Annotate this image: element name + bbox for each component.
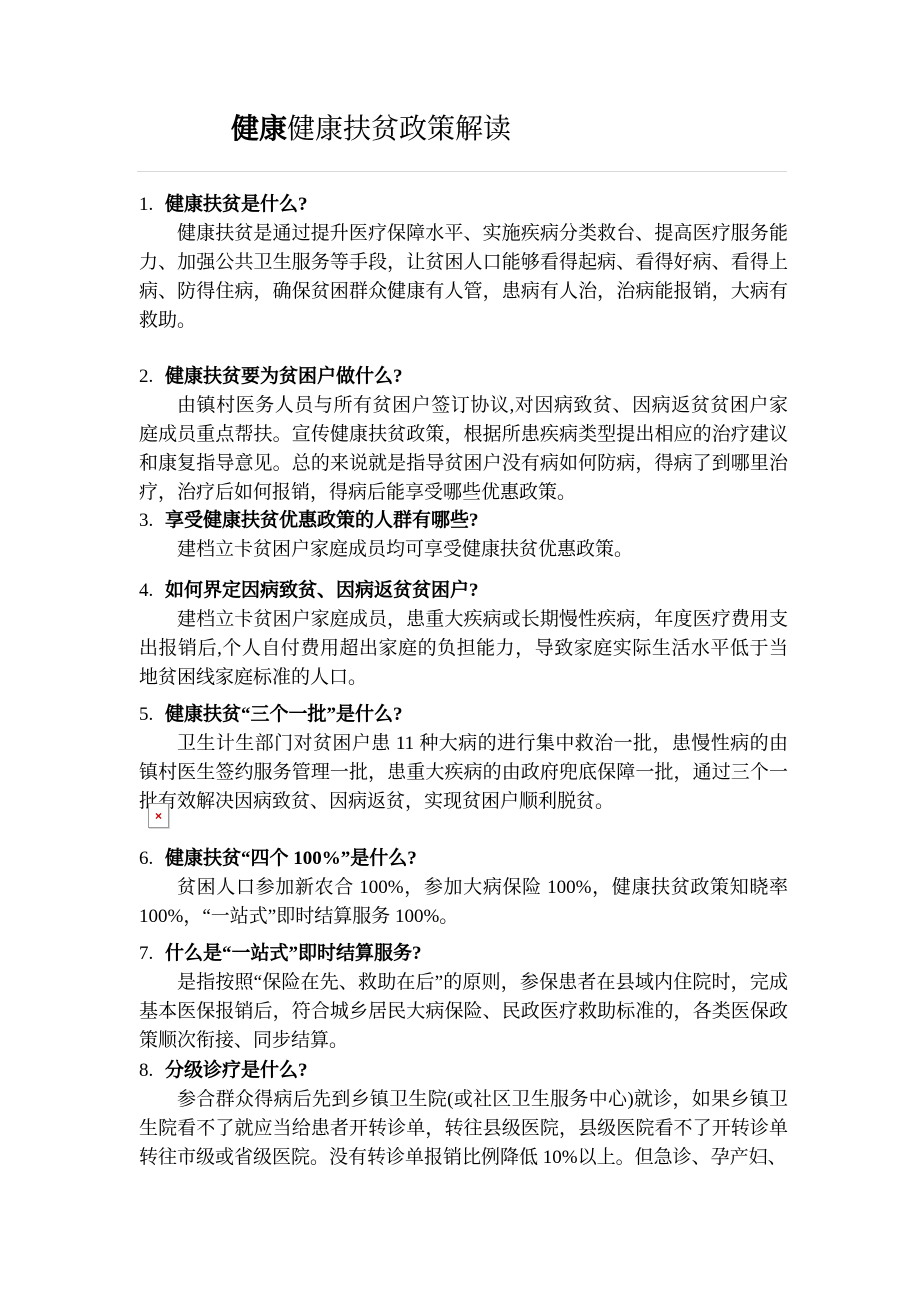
question-text: 如何界定因病致贫、因病返贫贫困户? (165, 580, 479, 601)
question-text: 健康扶贫“四个 100%”是什么? (165, 848, 417, 869)
question-number: 1. (139, 190, 165, 219)
question-number: 8. (139, 1056, 165, 1085)
question-number: 2. (139, 362, 165, 391)
question-number: 5. (139, 700, 165, 729)
answer-paragraph: 参合群众得病后先到乡镇卫生院(或社区卫生服务中心)就诊，如果乡镇卫生院看不了就应… (139, 1085, 788, 1172)
question-heading: 6.健康扶贫“四个 100%”是什么? (139, 844, 788, 873)
question-heading: 4.如何界定因病致贫、因病返贫贫困户? (139, 576, 788, 605)
qa-section-5: 5.健康扶贫“三个一批”是什么? 卫生计生部门对贫困户患 11 种大病的进行集中… (139, 700, 788, 816)
qa-section-6: 6.健康扶贫“四个 100%”是什么? 贫困人口参加新农合 100%，参加大病保… (139, 844, 788, 931)
qa-section-1: 1.健康扶贫是什么? 健康扶贫是通过提升医疗保障水平、实施疾病分类救台、提高医疗… (139, 190, 788, 335)
page-title: 健康健康扶贫政策解读 (231, 112, 511, 148)
answer-paragraph: 建档立卡贫困户家庭成员均可享受健康扶贫优惠政策。 (139, 535, 788, 564)
qa-section-7: 7.什么是“一站式”即时结算服务? 是指按照“保险在先、救助在后”的原则，参保患… (139, 939, 788, 1055)
qa-section-8: 8.分级诊疗是什么? 参合群众得病后先到乡镇卫生院(或社区卫生服务中心)就诊，如… (139, 1056, 788, 1172)
title-divider (137, 171, 787, 172)
question-heading: 8.分级诊疗是什么? (139, 1056, 788, 1085)
question-number: 4. (139, 576, 165, 605)
question-heading: 5.健康扶贫“三个一批”是什么? (139, 700, 788, 729)
question-text: 健康扶贫是什么? (165, 194, 308, 215)
question-number: 6. (139, 844, 165, 873)
answer-paragraph: 由镇村医务人员与所有贫困户签订协议,对因病致贫、因病返贫贫困户家庭成员重点帮扶。… (139, 391, 788, 507)
question-heading: 7.什么是“一站式”即时结算服务? (139, 939, 788, 968)
answer-paragraph: 是指按照“保险在先、救助在后”的原则，参保患者在县域内住院时，完成基本医保报销后… (139, 968, 788, 1055)
qa-section-2: 2.健康扶贫要为贫困户做什么? 由镇村医务人员与所有贫困户签订协议,对因病致贫、… (139, 362, 788, 507)
page-title-regular: 健康扶贫政策解读 (287, 114, 511, 145)
broken-image-x-icon: × (155, 810, 162, 822)
question-heading: 2.健康扶贫要为贫困户做什么? (139, 362, 788, 391)
answer-paragraph: 卫生计生部门对贫困户患 11 种大病的进行集中救治一批，患慢性病的由镇村医生签约… (139, 729, 788, 816)
qa-section-4: 4.如何界定因病致贫、因病返贫贫困户? 建档立卡贫困户家庭成员，患重大疾病或长期… (139, 576, 788, 692)
document-page: 健康健康扶贫政策解读 1.健康扶贫是什么? 健康扶贫是通过提升医疗保障水平、实施… (0, 0, 920, 1302)
question-heading: 1.健康扶贫是什么? (139, 190, 788, 219)
question-text: 享受健康扶贫优惠政策的人群有哪些? (165, 510, 479, 531)
question-number: 3. (139, 506, 165, 535)
question-text: 分级诊疗是什么? (165, 1060, 308, 1081)
question-number: 7. (139, 939, 165, 968)
question-heading: 3.享受健康扶贫优惠政策的人群有哪些? (139, 506, 788, 535)
question-text: 什么是“一站式”即时结算服务? (165, 943, 422, 964)
answer-paragraph: 建档立卡贫困户家庭成员，患重大疾病或长期慢性疾病，年度医疗费用支出报销后,个人自… (139, 605, 788, 692)
answer-paragraph: 健康扶贫是通过提升医疗保障水平、实施疾病分类救台、提高医疗服务能力、加强公共卫生… (139, 219, 788, 335)
question-text: 健康扶贫“三个一批”是什么? (165, 704, 403, 725)
qa-section-3: 3.享受健康扶贫优惠政策的人群有哪些? 建档立卡贫困户家庭成员均可享受健康扶贫优… (139, 506, 788, 564)
page-title-bold: 健康 (231, 114, 287, 145)
answer-paragraph: 贫困人口参加新农合 100%，参加大病保险 100%，健康扶贫政策知晓率 100… (139, 873, 788, 931)
question-text: 健康扶贫要为贫困户做什么? (165, 366, 403, 387)
broken-image-placeholder: × (148, 803, 169, 828)
